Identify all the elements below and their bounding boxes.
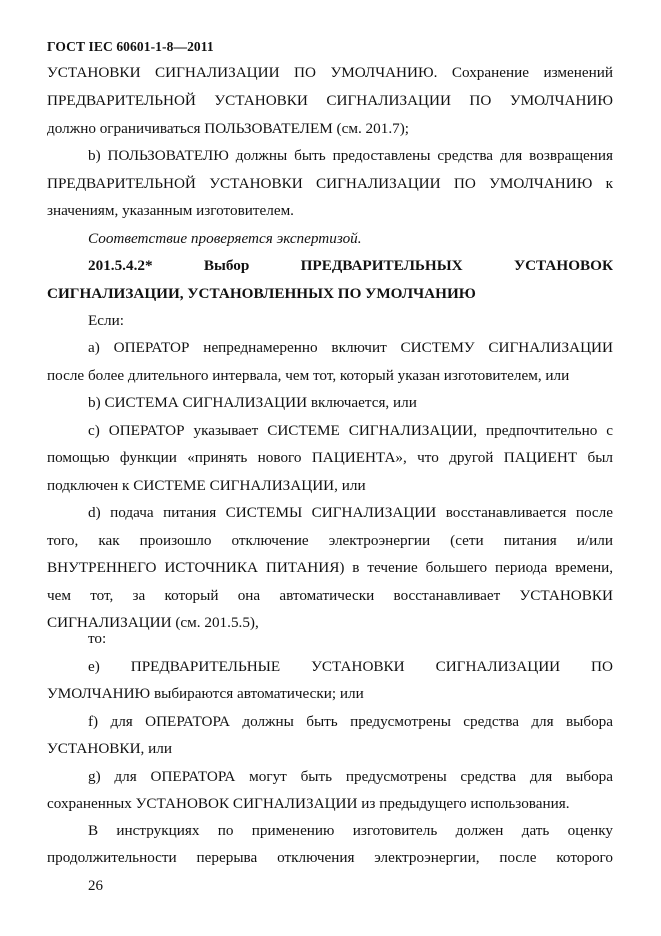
text-line: Соответствие проверяется экспертизой. <box>88 229 613 249</box>
text-line: чем тот, за который она автоматически во… <box>47 586 613 606</box>
text-line: сохраненных УСТАНОВОК СИГНАЛИЗАЦИИ из пр… <box>47 794 613 814</box>
text-line: значениям, указанным изготовителем. <box>47 201 613 221</box>
text-line: d) подача питания СИСТЕМЫ СИГНАЛИЗАЦИИ в… <box>88 503 613 523</box>
text-line: g) для ОПЕРАТОРА могут быть предусмотрен… <box>88 767 613 787</box>
text-line: после более длительного интервала, чем т… <box>47 366 613 386</box>
document-header: ГОСТ IEC 60601-1-8—2011 <box>47 39 214 55</box>
text-line: ПРЕДВАРИТЕЛЬНОЙ УСТАНОВКИ СИГНАЛИЗАЦИИ П… <box>47 91 613 111</box>
text-line: то: <box>88 629 613 649</box>
text-line: УМОЛЧАНИЮ выбираются автоматически; или <box>47 684 613 704</box>
text-line: помощью функции «принять нового ПАЦИЕНТА… <box>47 448 613 468</box>
text-line: ПРЕДВАРИТЕЛЬНОЙ УСТАНОВКИ СИГНАЛИЗАЦИИ П… <box>47 174 613 194</box>
text-line: того, как произошло отключение электроэн… <box>47 531 613 551</box>
text-line: должно ограничиваться ПОЛЬЗОВАТЕЛЕМ (см.… <box>47 119 613 139</box>
text-line: b) ПОЛЬЗОВАТЕЛЮ должны быть предоставлен… <box>88 146 613 166</box>
text-line: подключен к СИСТЕМЕ СИГНАЛИЗАЦИИ, или <box>47 476 613 496</box>
text-line: УСТАНОВКИ СИГНАЛИЗАЦИИ ПО УМОЛЧАНИЮ. Сох… <box>47 63 613 83</box>
text-line: c) ОПЕРАТОР указывает СИСТЕМЕ СИГНАЛИЗАЦ… <box>88 421 613 441</box>
text-line: СИГНАЛИЗАЦИИ, УСТАНОВЛЕННЫХ ПО УМОЛЧАНИЮ <box>47 284 613 304</box>
text-line: e) ПРЕДВАРИТЕЛЬНЫЕ УСТАНОВКИ СИГНАЛИЗАЦИ… <box>88 657 613 677</box>
text-line: продолжительности перерыва отключения эл… <box>47 848 613 868</box>
page-number: 26 <box>88 878 103 895</box>
text-line: 201.5.4.2* Выбор ПРЕДВАРИТЕЛЬНЫХ УСТАНОВ… <box>88 256 613 276</box>
text-line: a) ОПЕРАТОР непреднамеренно включит СИСТ… <box>88 338 613 358</box>
text-line: b) СИСТЕМА СИГНАЛИЗАЦИИ включается, или <box>88 393 613 413</box>
text-line: В инструкциях по применению изготовитель… <box>88 821 613 841</box>
text-line: f) для ОПЕРАТОРА должны быть предусмотре… <box>88 712 613 732</box>
text-line: УСТАНОВКИ, или <box>47 739 613 759</box>
text-line: ВНУТРЕННЕГО ИСТОЧНИКА ПИТАНИЯ) в течение… <box>47 558 613 578</box>
text-line: Если: <box>88 311 613 331</box>
